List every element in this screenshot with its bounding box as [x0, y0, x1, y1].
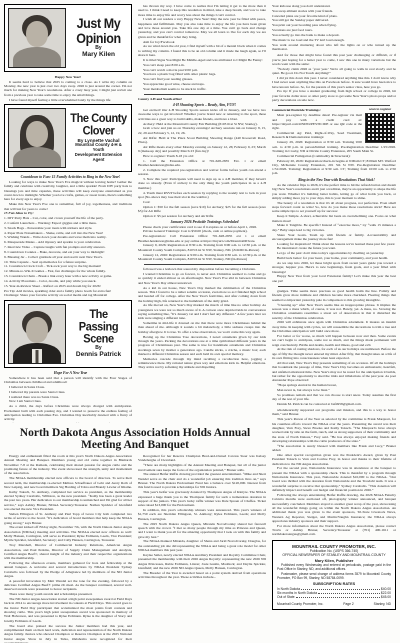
paragraph: Aim for Joy/Facebook	[138, 40, 266, 44]
paragraph: Option 2: $5 per session for Archery and…	[138, 214, 266, 218]
paragraph: 1. Call the Extension Office at 701-628-…	[138, 159, 266, 168]
paragraph: 9. Blessing Jar – Collect gratitude all …	[4, 255, 132, 259]
paragraph: It is titled Signs You Might Be Middle-A…	[138, 58, 266, 62]
paragraph: 10. Time Capsule – Seal up memories for …	[4, 260, 132, 264]
official-newspaper-line: OFFICIAL NEWSPAPER OF STANLEY AND MOUNTR…	[277, 553, 391, 557]
paragraph: You swap ailment stories with your frien…	[272, 9, 396, 13]
county-clover-header: The County Clover By Lynnette Vachal Mou…	[4, 104, 132, 172]
paragraph: Kaylee Sailer, newly elected NDAA Auxili…	[138, 553, 266, 570]
shooting-sports-heading: 4-H Shooting Sports – Ready, Aim, FUN!	[138, 103, 266, 108]
paragraph: “Hope springs eternal in the human breas…	[272, 383, 396, 387]
subscription-rates-heading: SUBSCRIPTION RATES	[277, 582, 391, 587]
rate-value: $45.00	[381, 595, 391, 599]
paragraph: 3. New this year: Participants will need…	[138, 177, 266, 190]
paragraph: Build back better: for your heart, your …	[272, 256, 396, 260]
paragraph: “There are many highlights of the Annual…	[138, 463, 266, 472]
paragraph: Let go of the past: don't miss today's o…	[272, 251, 396, 255]
paragraph: 6. Masquerade Masks – Add mystery and sp…	[4, 240, 132, 244]
masthead-box: MOUNTRAIL COUNTY PROMOTER, INC. Publicat…	[272, 540, 396, 610]
paragraph: One other special recognition given was …	[272, 453, 396, 466]
paragraph: As we wind down the old year, I find mys…	[138, 44, 266, 57]
paragraph: 7. Interview Video – Capture laughs with…	[4, 245, 132, 249]
just-my-opinion-header: Just My Opinion By Mary Kilen	[4, 4, 132, 72]
paragraph: Keep it Simple. A short, achievable list…	[272, 214, 396, 223]
qr-block: scan to register	[364, 108, 396, 142]
paragraph: So promises remain and that we can choos…	[272, 393, 396, 402]
paragraph: The annual Heifer Raffle drawing provide…	[138, 472, 266, 489]
resolutions-heading: Ring in the New Year with Resolutions Th…	[272, 178, 396, 183]
paragraph: Looking for inspiration? Think about the…	[272, 242, 396, 246]
angus-article-col1: Energy and enthusiasm filled the room at…	[4, 454, 132, 643]
paragraph: Vacations are just food tours.	[272, 28, 396, 32]
paragraph: It seems hard to believe that 2025 is co…	[4, 80, 132, 97]
paragraph: January 9, 2026: Registration at 8:30 a.…	[138, 243, 266, 252]
paragraph: The music is too loud and the TV isn't l…	[272, 38, 396, 42]
office-heading: County 4-H and Youth office!	[138, 97, 266, 101]
paragraph: Sieben Ellingson of St. Anthony and Paul…	[4, 512, 132, 525]
article-subhead: Countdown to Fun: 15 Family Activities t…	[4, 175, 132, 180]
qr-code	[365, 113, 395, 143]
masthead-paragraph: Postmaster, please send change of addres…	[277, 573, 391, 581]
paragraph: Dennis M. Patrick can be contacted at bu…	[272, 402, 396, 406]
paragraph: 2. Confetti Launchers – Warning: Expect …	[4, 221, 132, 225]
paragraph: 4. Paper Plate Noisemakers – Shake, ratt…	[4, 231, 132, 235]
paragraph: The board also praised the success the J…	[4, 624, 132, 643]
paragraph: Energy and enthusiasm filled the room at…	[4, 454, 132, 476]
paragraph: Be intentional: create the future you wa…	[272, 246, 396, 250]
paragraph: Pro Tip: Add movies, sparkling cider and…	[4, 289, 132, 293]
paragraph: The NDAA thanked Miranda, daughter of Sh…	[138, 539, 266, 552]
paragraph: There were many youth awards and scholar…	[4, 592, 132, 596]
paragraph: I believed my parents were Santa Claus.	[4, 390, 132, 394]
resolutions-text: As the calendar flips to 2026, it's the …	[272, 183, 396, 283]
paragraph: The ND Junior Angus Association started …	[4, 597, 132, 623]
paragraph: The 2025 North Dakota Angus Queen, Miran…	[138, 522, 266, 539]
paragraph: wholeheartedly supported our programs an…	[272, 408, 396, 417]
paragraph: Somewhere it has been said that a person…	[4, 376, 132, 385]
paragraph: Pro tip: If you have a student graduatin…	[272, 89, 396, 102]
paragraph: Kathy Tokach, St. Anthony, completed her…	[4, 490, 132, 512]
paragraph: This year's Person of the Year as select…	[272, 417, 396, 443]
paragraph: All that said, New Year's Day presents s…	[272, 361, 396, 383]
paragraph: You actually go into the bank to make a …	[272, 33, 396, 37]
section-divider	[144, 94, 260, 95]
byline-author: Dennis Patrick	[69, 351, 128, 359]
paragraph: Option 1: $50 for the full season (save …	[138, 205, 266, 214]
paragraph: Pre-registration: Call Extension Office:…	[138, 234, 266, 243]
paragraph: 14. Activity Placemats – Color, doodle, …	[4, 279, 132, 283]
extension-office-section: County 4-H and Youth office! 4-H Shootin…	[138, 97, 266, 261]
paragraph: The Breeder of the Year is awarded based…	[138, 571, 266, 580]
paragraph: Air Rifle: Held at The Plaza Scout Build…	[138, 136, 266, 145]
paragraph: “Cleaning up” after New Year's seems lik…	[272, 303, 396, 320]
masthead-paragraph: Published every Wednesday and entered at…	[277, 564, 391, 572]
paragraph: 8. Countdown Cookies – Bake, decorate, a…	[4, 250, 132, 254]
paragraph: Happy New Year from your local Extension…	[272, 274, 396, 283]
passing-col1-text: Somewhere it has been said that a person…	[4, 376, 132, 423]
paragraph: As a child, the days before Christmas we…	[4, 404, 132, 421]
paragraph: Get excited! Our 4-H Shooting Sports sea…	[138, 108, 266, 121]
paragraph: 13. Countdown Chain – Break a link every…	[4, 274, 132, 278]
fun-ideas-list: 1. DIY Party Hats – Cut, color, and crow…	[4, 216, 132, 298]
paragraph: Make this New Year's Eve one to remember…	[4, 202, 132, 211]
paragraph: Sometime in mid-life it dawned on me tha…	[138, 321, 266, 334]
column-2: has thrown my way. I have come to realiz…	[138, 4, 266, 423]
paragraph: Your kids use slang you don't understand…	[272, 4, 396, 8]
paragraph: You can't sleep past 8:00 a.m.	[138, 63, 266, 67]
mary-kilen-photo	[8, 8, 66, 68]
scan-to-register-label: scan to register	[364, 108, 396, 112]
paragraph: I realized there was no Santa Claus.	[4, 395, 132, 399]
footer-left: Mountrail County Promoter, Inc.	[277, 602, 323, 606]
jmo-closing: And for those that might have found this…	[272, 53, 396, 102]
paragraph: 2. Complete the required pre-registratio…	[138, 168, 266, 177]
byline-author: Mary Kilen	[69, 51, 128, 59]
section-divider	[278, 286, 390, 287]
paragraph: As the calendar flips to 2026, it's the …	[272, 183, 396, 200]
column-title: Just My Opinion	[69, 17, 128, 46]
jmo-article-start: Happy New Year! It seems hard to believe…	[4, 75, 132, 102]
newspaper-page: Just My Opinion By Mary Kilen Happy New …	[0, 0, 400, 643]
paragraph: You print out your boarding pass when fl…	[272, 23, 396, 27]
paragraph: Private General Trainings: Cost is $50.0…	[138, 229, 266, 233]
column-3: Your kids use slang you don't understand…	[272, 4, 396, 643]
paragraph: January 12, 2026: Registration at 9:00 a…	[138, 253, 266, 262]
county-clover-article: Countdown to Fun: 15 Family Activities t…	[4, 175, 132, 298]
passing-scene-article-start: Hope For A New Year Somewhere it has bee…	[4, 371, 132, 423]
paragraph: Air Rifle meets every other Monday eveni…	[138, 145, 266, 154]
paragraph: 11. Countdown Clock Craft – Tick-tock yo…	[4, 264, 132, 268]
paragraph: Memories cascade through my mind recalli…	[138, 357, 266, 370]
article-subhead: Hope For A New Year	[4, 371, 132, 376]
jmo-bullets: Your kids use slang you don't understand…	[272, 4, 396, 51]
paragraph: Archery: Held at the Mountrail County Fa…	[138, 122, 266, 126]
paragraph: Share Your Goals. Team up with friends o…	[272, 233, 396, 242]
passing-scene-header: The Passing Scene By Dennis Patrick	[4, 300, 132, 368]
paragraph: Man never is, but always to be blest.”	[272, 388, 396, 392]
paragraph: For more information about the North Dak…	[272, 524, 396, 537]
masthead-footer: Mountrail County Promoter, Inc. Page 2 S…	[277, 602, 391, 606]
paragraph: I did jot this down this year. I never c…	[272, 76, 396, 89]
passing-scene-ending: grudges. Time seems more precious as goo…	[272, 289, 396, 406]
paragraph: You can't watch a movie past 9:00 p.m.	[138, 68, 266, 72]
county-intro: Looking for ways to make New Year's Eve …	[4, 180, 132, 211]
paragraph: You walk around muttering about who left…	[272, 43, 396, 52]
paragraph: You still get the Sunday paper delivered…	[272, 18, 396, 22]
paragraph: As a kid in our house, New Year's Day ma…	[138, 286, 266, 303]
paragraph: How to register: Youth 8-18 yrs old:	[138, 154, 266, 158]
article-subhead: Happy New Year!	[4, 75, 132, 79]
commercial-pesticide-section: scan to register Commercial Pesticide Tr…	[272, 108, 396, 175]
paragraph: Cost:	[138, 200, 266, 204]
paragraph: Please check your certification card to …	[138, 225, 266, 229]
paragraph: You appreciate good wine, cheese and nap…	[138, 82, 266, 86]
paragraph: February 20, 2026: Registration/check-in…	[272, 159, 396, 176]
paragraph: 1. DIY Party Hats – Cut, color, and crow…	[4, 216, 132, 220]
paragraph: You can't find your reading glasses.	[138, 77, 266, 81]
paragraph: At the risk of casting shadows, for each…	[272, 347, 396, 360]
passing-scene-continued: followed was a letdown that soured my di…	[138, 267, 266, 370]
paragraph: As life moved on, New Year's Day marked …	[138, 303, 266, 320]
paragraph: “The association is surely blessed with …	[272, 444, 396, 453]
paragraph: Your metabolism seems to be stuck in tra…	[138, 87, 266, 91]
paragraph: The event kicked off Friday night, Novem…	[4, 525, 132, 542]
section-divider	[144, 264, 260, 265]
paragraph: 15. Year-in-Review Sheet – Reflect on 20…	[4, 284, 132, 288]
paragraph: grudges. Time seems more precious as goo…	[272, 289, 396, 302]
paragraph: Boxing up the Christmas Tree decorations…	[138, 335, 266, 357]
paragraph: Challenge: Share your favorite activity …	[4, 293, 132, 297]
paragraph: Troy Marshall, Director of Commercial In…	[4, 543, 132, 560]
paragraph: 12. Minute-to-Win-It Games – Fast, fun c…	[4, 269, 132, 273]
paragraph: For the second year, Nationwide Insuranc…	[272, 466, 396, 492]
column-title: The County Clover	[69, 113, 128, 138]
rate-label: Out of State	[277, 595, 295, 599]
paragraph: Now I am Santa Claus.	[4, 399, 132, 403]
left-region: Just My Opinion By Mary Kilen Happy New …	[4, 4, 266, 643]
footer-page-number: Page 2	[343, 602, 353, 606]
paragraph: I have found myself feeling a little ove…	[4, 98, 132, 102]
paragraph: You have a plastic bag filled with other…	[138, 72, 266, 76]
list-heading: 15 Fun Ideas to Try:	[4, 211, 132, 215]
paragraph: Commercial Fumigation (Commodity & Struc…	[272, 154, 396, 158]
dennis-patrick-photo	[8, 304, 66, 364]
paragraph: Canceled plans are your favorite kind of…	[272, 14, 396, 18]
paragraph: A peaceful invocation by Matt Wendel set…	[4, 579, 132, 592]
paragraph: In addition, this year's scholarship win…	[138, 508, 266, 521]
paragraph: has thrown my way. I have come to realiz…	[138, 4, 266, 17]
byline-affiliation: Mountrail County 4-H & Youth Development…	[69, 143, 128, 162]
paragraph: Looking for ways to make New Year's Eve …	[4, 180, 132, 202]
paragraph: Recognized for her Reserve Champion Bred…	[138, 454, 266, 463]
pesticide-text: Please check your certification card to …	[138, 225, 266, 262]
paragraph: I believed in Santa Claus.	[4, 385, 132, 389]
jmo-continued: has thrown my way. I have come to realiz…	[138, 4, 266, 91]
paragraph: followed was a letdown that soured my di…	[138, 267, 266, 271]
rate-row: Out of State$45.00	[277, 595, 391, 599]
section-divider	[278, 105, 390, 106]
paragraph: 4. Youth must RSVP before each session b…	[138, 191, 266, 200]
column-title: The Passing Scene	[69, 309, 128, 347]
paragraph: I wanted Christmas to go on forever, to …	[138, 272, 266, 285]
column-1: Just My Opinion By Mary Kilen Happy New …	[4, 4, 132, 423]
pesticide-heading: January 2026 Pesticide Trainings Schedul…	[138, 220, 266, 225]
lynnette-vachal-photo	[8, 108, 66, 168]
shooting-sports-text: Get excited! Our 4-H Shooting Sports sea…	[138, 108, 266, 218]
resolutions-section: Ring in the New Year with Resolutions Th…	[272, 178, 396, 283]
paragraph: 2026 will exhilarate once again with Chr…	[272, 320, 396, 333]
paragraph: 5. Wishing Wands – Write down your dream…	[4, 235, 132, 239]
paragraph: 3. Snack Bags – Personalize your treats …	[4, 226, 132, 230]
paragraph: For better or for worse, so much will ha…	[272, 334, 396, 347]
paragraph: Grab a bow and join us on Thursday eveni…	[138, 126, 266, 135]
angus-headline: North Dakota Angus Association Holds Ann…	[6, 427, 264, 451]
paragraph: This year's heifer was graciously donate…	[138, 490, 266, 507]
paragraph: I wish all our readers a very Happy New …	[138, 17, 266, 39]
paragraph: The beauty of a resolution is that it's …	[272, 201, 396, 214]
paragraph: “Nobody claim 2026 as ‘your year.’ We're…	[272, 67, 396, 76]
paragraph: It finally occurred to me sometime aroun…	[4, 422, 132, 423]
jmo-col1-text: It seems hard to believe that 2025 is co…	[4, 80, 132, 102]
paragraph: The NDAA membership elected new officers…	[4, 476, 132, 489]
angus-article-col2: Recognized for her Reserve Champion Bred…	[138, 454, 266, 643]
paragraph: Following the always entertaining Heifer…	[272, 493, 396, 523]
footer-right: Stanley, ND	[374, 602, 391, 606]
angus-article-ending: wholeheartedly supported our programs an…	[272, 408, 396, 537]
paragraph: Make it Tangible. Be specific! Instead o…	[272, 223, 396, 232]
paragraph: Following the afternoon events, members …	[4, 561, 132, 578]
paragraph: And for those that might have found this…	[272, 53, 396, 66]
paragraph: As we step into 2026, let these bright s…	[272, 261, 396, 274]
